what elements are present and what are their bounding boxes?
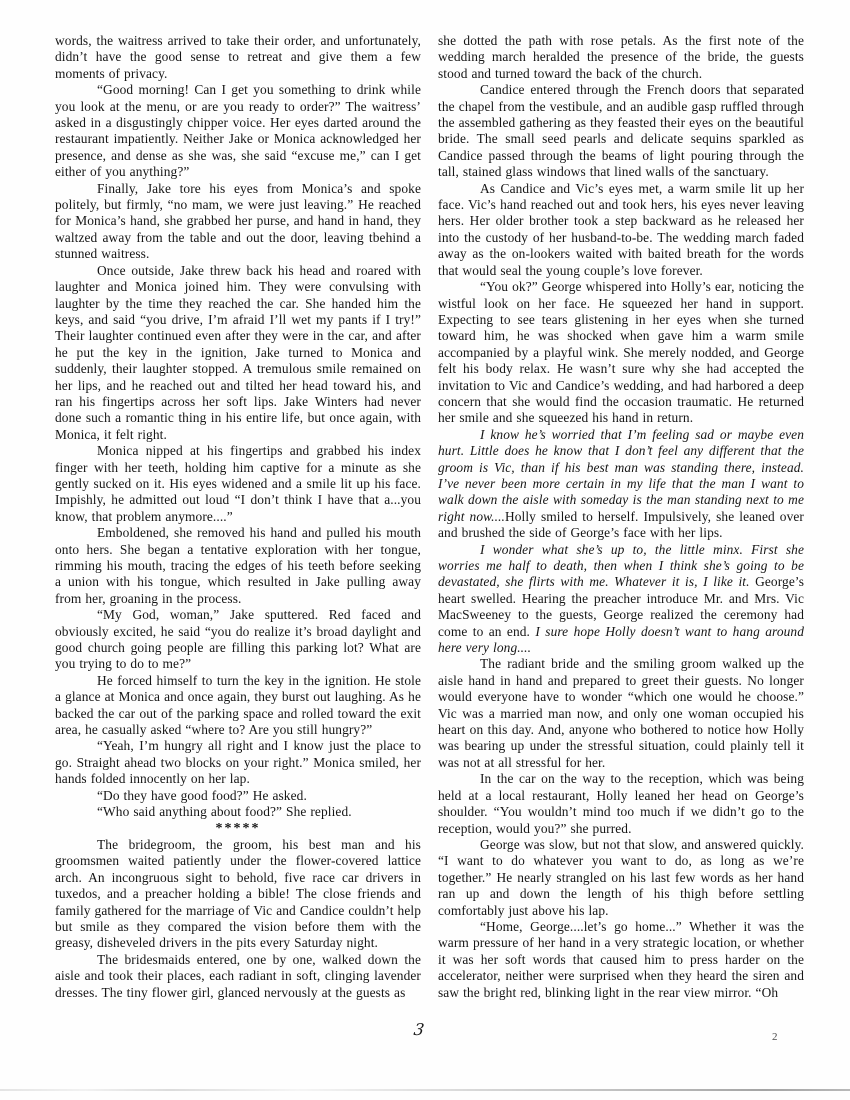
- text-segment: The radiant bride and the smiling groom …: [438, 656, 804, 769]
- paragraph: “You ok?” George whispered into Holly’s …: [438, 279, 804, 427]
- section-divider: *****: [55, 821, 421, 837]
- paragraph: As Candice and Vic’s eyes met, a warm sm…: [438, 181, 804, 279]
- text-segment: The bridegroom, the groom, his best man …: [55, 837, 421, 950]
- paragraph: I wonder what she’s up to, the little mi…: [438, 542, 804, 657]
- paragraph: “My God, woman,” Jake sputtered. Red fac…: [55, 607, 421, 673]
- paragraph: The bridegroom, the groom, his best man …: [55, 837, 421, 952]
- text-segment: “Yeah, I’m hungry all right and I know j…: [55, 738, 421, 786]
- paragraph: Once outside, Jake threw back his head a…: [55, 263, 421, 443]
- text-segment: “My God, woman,” Jake sputtered. Red fac…: [55, 607, 421, 671]
- text-segment: Finally, Jake tore his eyes from Monica’…: [55, 181, 421, 262]
- text-segment: He forced himself to turn the key in the…: [55, 673, 421, 737]
- paragraph: Candice entered through the French doors…: [438, 82, 804, 180]
- text-segment: words, the waitress arrived to take thei…: [55, 33, 421, 81]
- paragraph: words, the waitress arrived to take thei…: [55, 33, 421, 82]
- text-segment: The bridesmaids entered, one by one, wal…: [55, 952, 421, 1000]
- paragraph: He forced himself to turn the key in the…: [55, 673, 421, 739]
- paragraph: Finally, Jake tore his eyes from Monica’…: [55, 181, 421, 263]
- text-segment: Monica nipped at his fingertips and grab…: [55, 443, 421, 524]
- paragraph: “Yeah, I’m hungry all right and I know j…: [55, 738, 421, 787]
- left-column: words, the waitress arrived to take thei…: [55, 33, 421, 1001]
- stray-scan-mark: 2: [772, 1031, 778, 1043]
- text-segment: “Home, George....let’s go home...” Wheth…: [438, 919, 804, 1000]
- text-segment: “You ok?” George whispered into Holly’s …: [438, 279, 804, 425]
- text-segment: “Do they have good food?” He asked.: [97, 788, 307, 803]
- text-segment: Once outside, Jake threw back his head a…: [55, 263, 421, 442]
- paragraph: “Good morning! Can I get you something t…: [55, 82, 421, 180]
- paragraph: “Do they have good food?” He asked.: [55, 788, 421, 804]
- paragraph: “Who said anything about food?” She repl…: [55, 804, 421, 820]
- paragraph: In the car on the way to the reception, …: [438, 771, 804, 837]
- paragraph: George was slow, but not that slow, and …: [438, 837, 804, 919]
- paragraph: I know he’s worried that I’m feeling sad…: [438, 427, 804, 542]
- paragraph: “Home, George....let’s go home...” Wheth…: [438, 919, 804, 1001]
- paragraph: she dotted the path with rose petals. As…: [438, 33, 804, 82]
- page-number: 3: [403, 1020, 436, 1039]
- paragraph: Emboldened, she removed his hand and pul…: [55, 525, 421, 607]
- right-column: she dotted the path with rose petals. As…: [438, 33, 804, 1001]
- text-segment: Candice entered through the French doors…: [438, 82, 804, 179]
- document-page: words, the waitress arrived to take thei…: [0, 0, 850, 1100]
- paragraph: The bridesmaids entered, one by one, wal…: [55, 952, 421, 1001]
- text-segment: In the car on the way to the reception, …: [438, 771, 804, 835]
- two-column-text-area: words, the waitress arrived to take thei…: [55, 33, 805, 1001]
- text-segment: Emboldened, she removed his hand and pul…: [55, 525, 421, 606]
- text-segment: she dotted the path with rose petals. As…: [438, 33, 804, 81]
- text-segment: *****: [216, 821, 261, 836]
- paragraph: Monica nipped at his fingertips and grab…: [55, 443, 421, 525]
- text-segment: “Who said anything about food?” She repl…: [97, 804, 352, 819]
- scan-artifact-line: [0, 1089, 850, 1091]
- paragraph: The radiant bride and the smiling groom …: [438, 656, 804, 771]
- text-segment: “Good morning! Can I get you something t…: [55, 82, 421, 179]
- text-segment: As Candice and Vic’s eyes met, a warm sm…: [438, 181, 804, 278]
- text-segment: George was slow, but not that slow, and …: [438, 837, 804, 918]
